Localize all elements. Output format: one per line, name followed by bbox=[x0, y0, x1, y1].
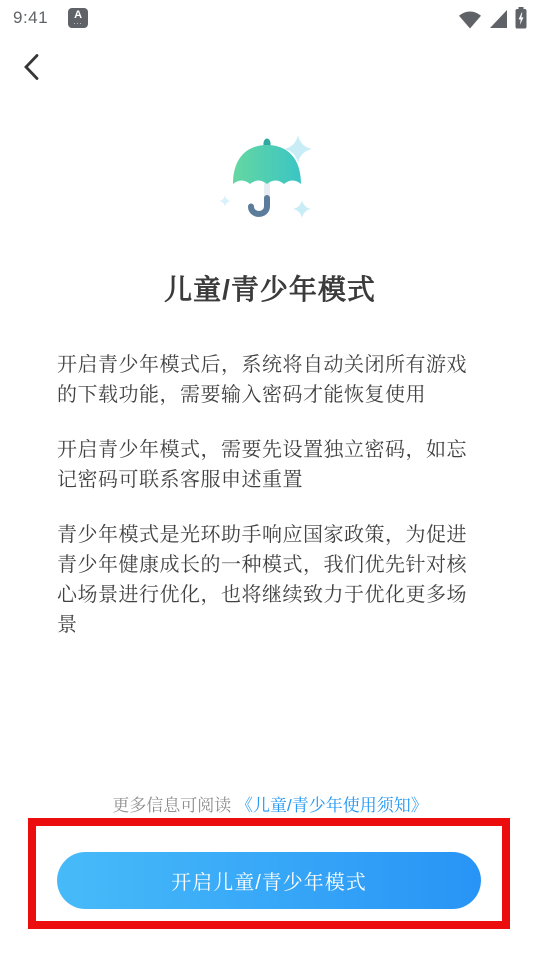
notification-dots: ... bbox=[74, 19, 83, 26]
status-bar: 9:41 A ... bbox=[0, 0, 540, 36]
wifi-icon bbox=[458, 9, 482, 29]
battery-charging-icon bbox=[515, 7, 527, 29]
status-icons bbox=[458, 7, 527, 29]
description-paragraph: 青少年模式是光环助手响应国家政策，为促进青少年健康成长的一种模式，我们优先针对核… bbox=[57, 520, 485, 640]
more-info-text: 更多信息可阅读 bbox=[112, 796, 236, 815]
clock: 9:41 bbox=[13, 8, 48, 28]
usage-notice-link[interactable]: 《儿童/青少年使用须知》 bbox=[236, 796, 428, 815]
back-button[interactable] bbox=[12, 48, 54, 90]
more-info-line: 更多信息可阅读 《儿童/青少年使用须知》 bbox=[0, 793, 540, 819]
umbrella-with-sparkles-icon bbox=[210, 126, 330, 240]
description-block: 开启青少年模式后，系统将自动关闭所有游戏的下载功能，需要输入密码才能恢复使用 开… bbox=[57, 350, 485, 665]
back-chevron-icon bbox=[20, 52, 46, 87]
teen-mode-screen: 9:41 A ... bbox=[0, 0, 540, 960]
description-paragraph: 开启青少年模式，需要先设置独立密码，如忘记密码可联系客服申述重置 bbox=[57, 435, 485, 495]
page-title: 儿童/青少年模式 bbox=[0, 268, 540, 308]
cellular-signal-icon bbox=[489, 9, 508, 29]
enable-teen-mode-button[interactable]: 开启儿童/青少年模式 bbox=[57, 852, 481, 909]
description-paragraph: 开启青少年模式后，系统将自动关闭所有游戏的下载功能，需要输入密码才能恢复使用 bbox=[57, 350, 485, 410]
notification-app-icon: A ... bbox=[68, 8, 88, 28]
